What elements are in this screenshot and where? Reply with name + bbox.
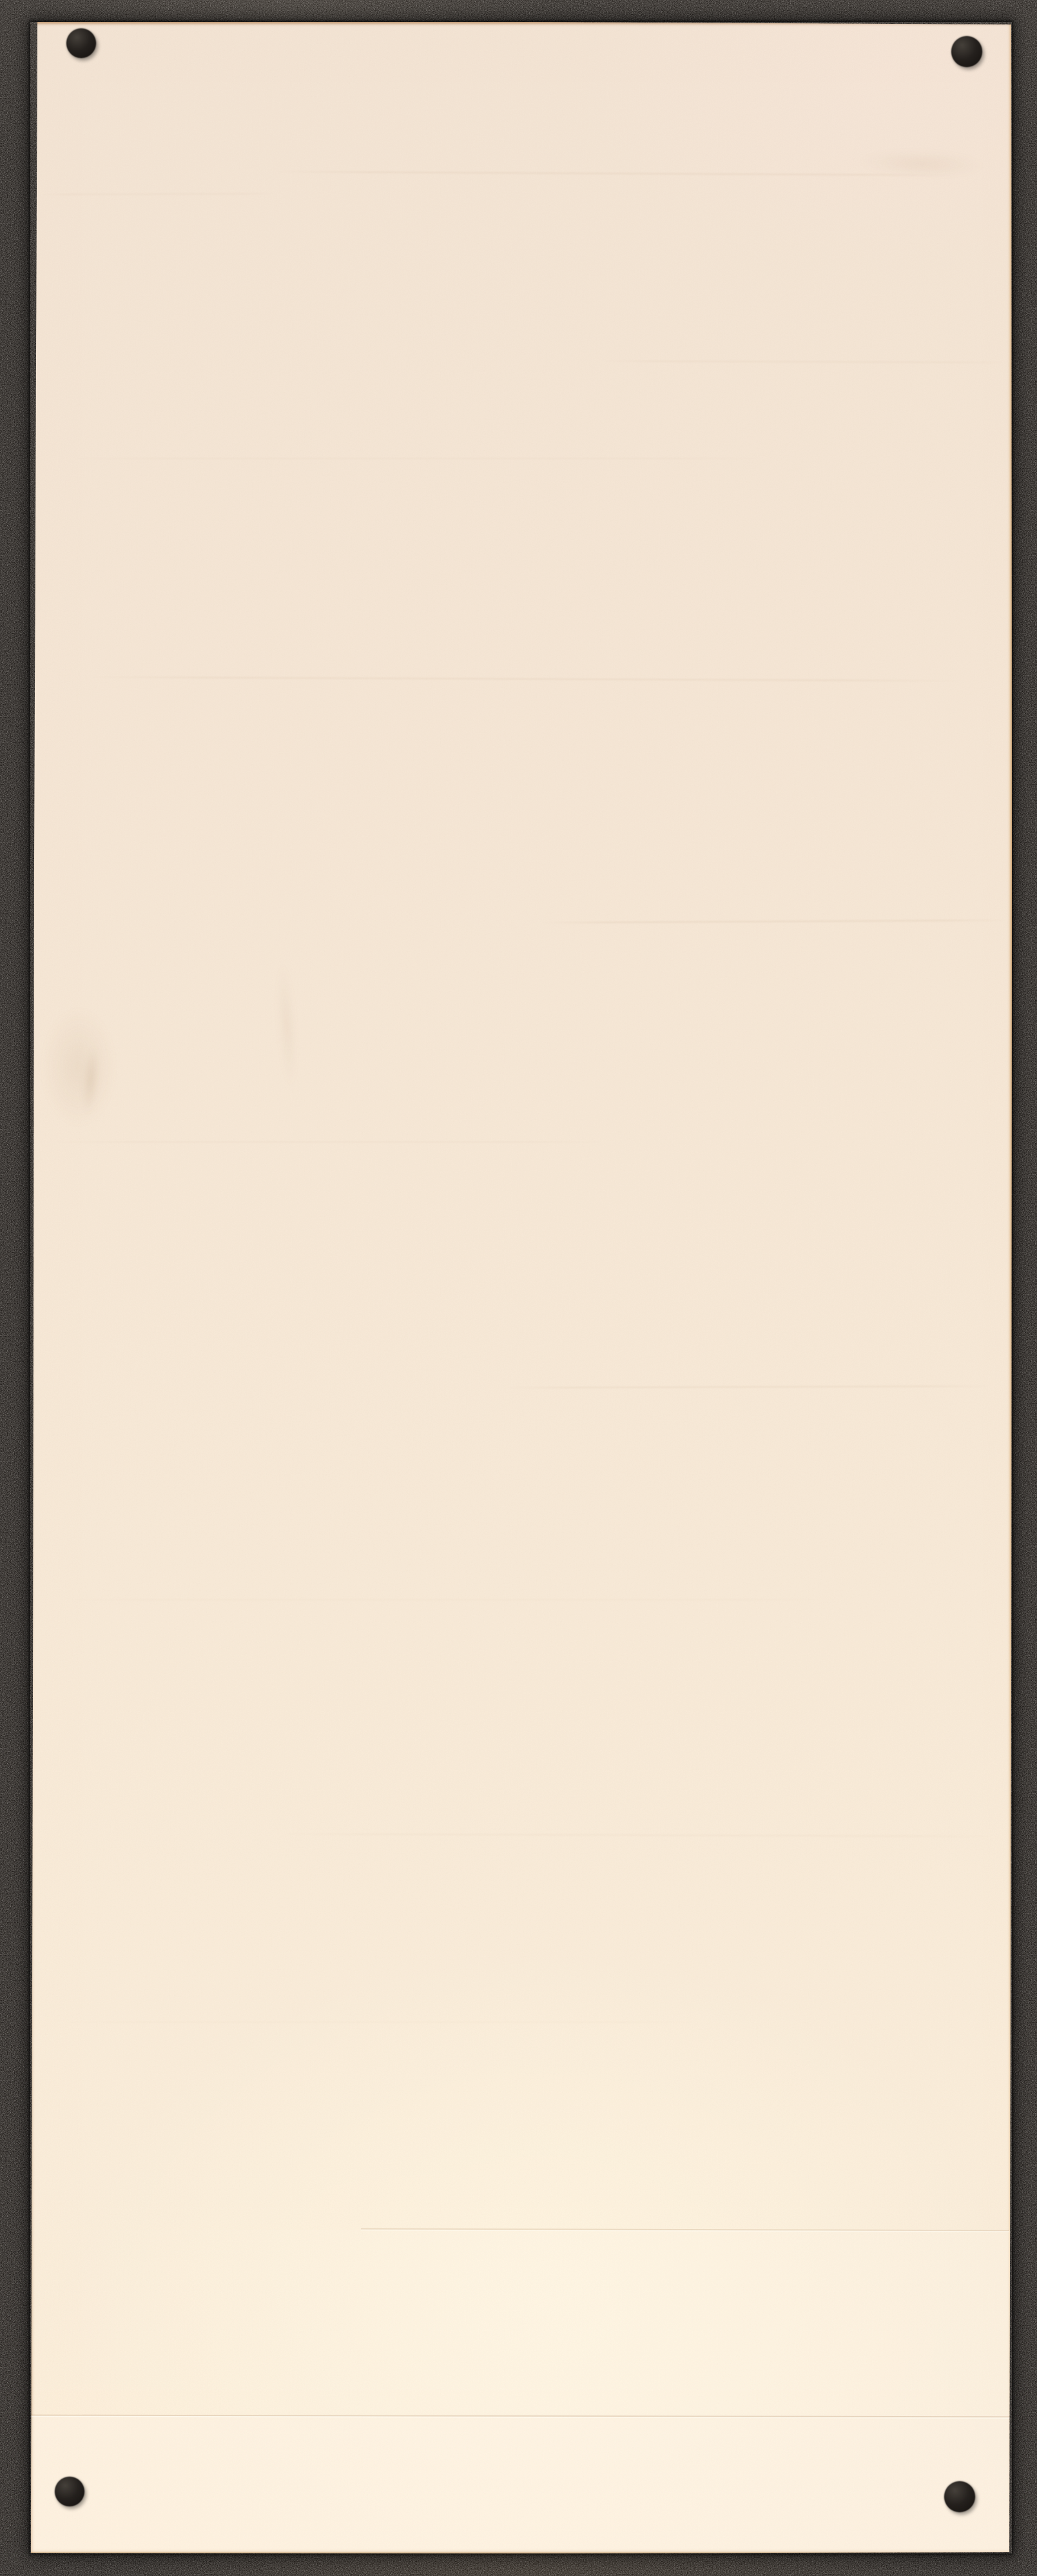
paper-light-band: [30, 2415, 1012, 2552]
fold-crease-line: [58, 458, 773, 459]
paper-stain: [79, 1044, 102, 1116]
fold-crease-line: [84, 676, 967, 682]
fold-crease-line: [361, 2228, 1009, 2233]
fold-crease-line: [503, 1386, 993, 1389]
paper-stain: [273, 960, 301, 1090]
fold-crease-line: [271, 1833, 1005, 1837]
fold-crease-line: [39, 193, 277, 195]
pin-bottom-right: [944, 2481, 975, 2512]
archival-photo: Blank cream-coloured sheet of an unrolle…: [0, 0, 1037, 2576]
paper-grain-texture: [30, 22, 1012, 2553]
paper-stain: [40, 1006, 117, 1128]
paper-sheet: [30, 22, 1012, 2553]
pin-top-right: [951, 36, 982, 67]
paper-stain: [857, 148, 986, 181]
fold-crease-line: [541, 919, 1009, 923]
fold-crease-line: [31, 2415, 1011, 2419]
fold-crease-line: [271, 171, 957, 176]
paper-light-band: [30, 2230, 1012, 2415]
pin-bottom-left: [55, 2477, 84, 2506]
fold-crease-line: [52, 1599, 838, 1600]
fold-crease-line: [45, 1141, 612, 1143]
fold-crease-line: [52, 2021, 709, 2023]
pin-top-left: [66, 28, 96, 58]
fold-crease-line: [599, 360, 1009, 363]
